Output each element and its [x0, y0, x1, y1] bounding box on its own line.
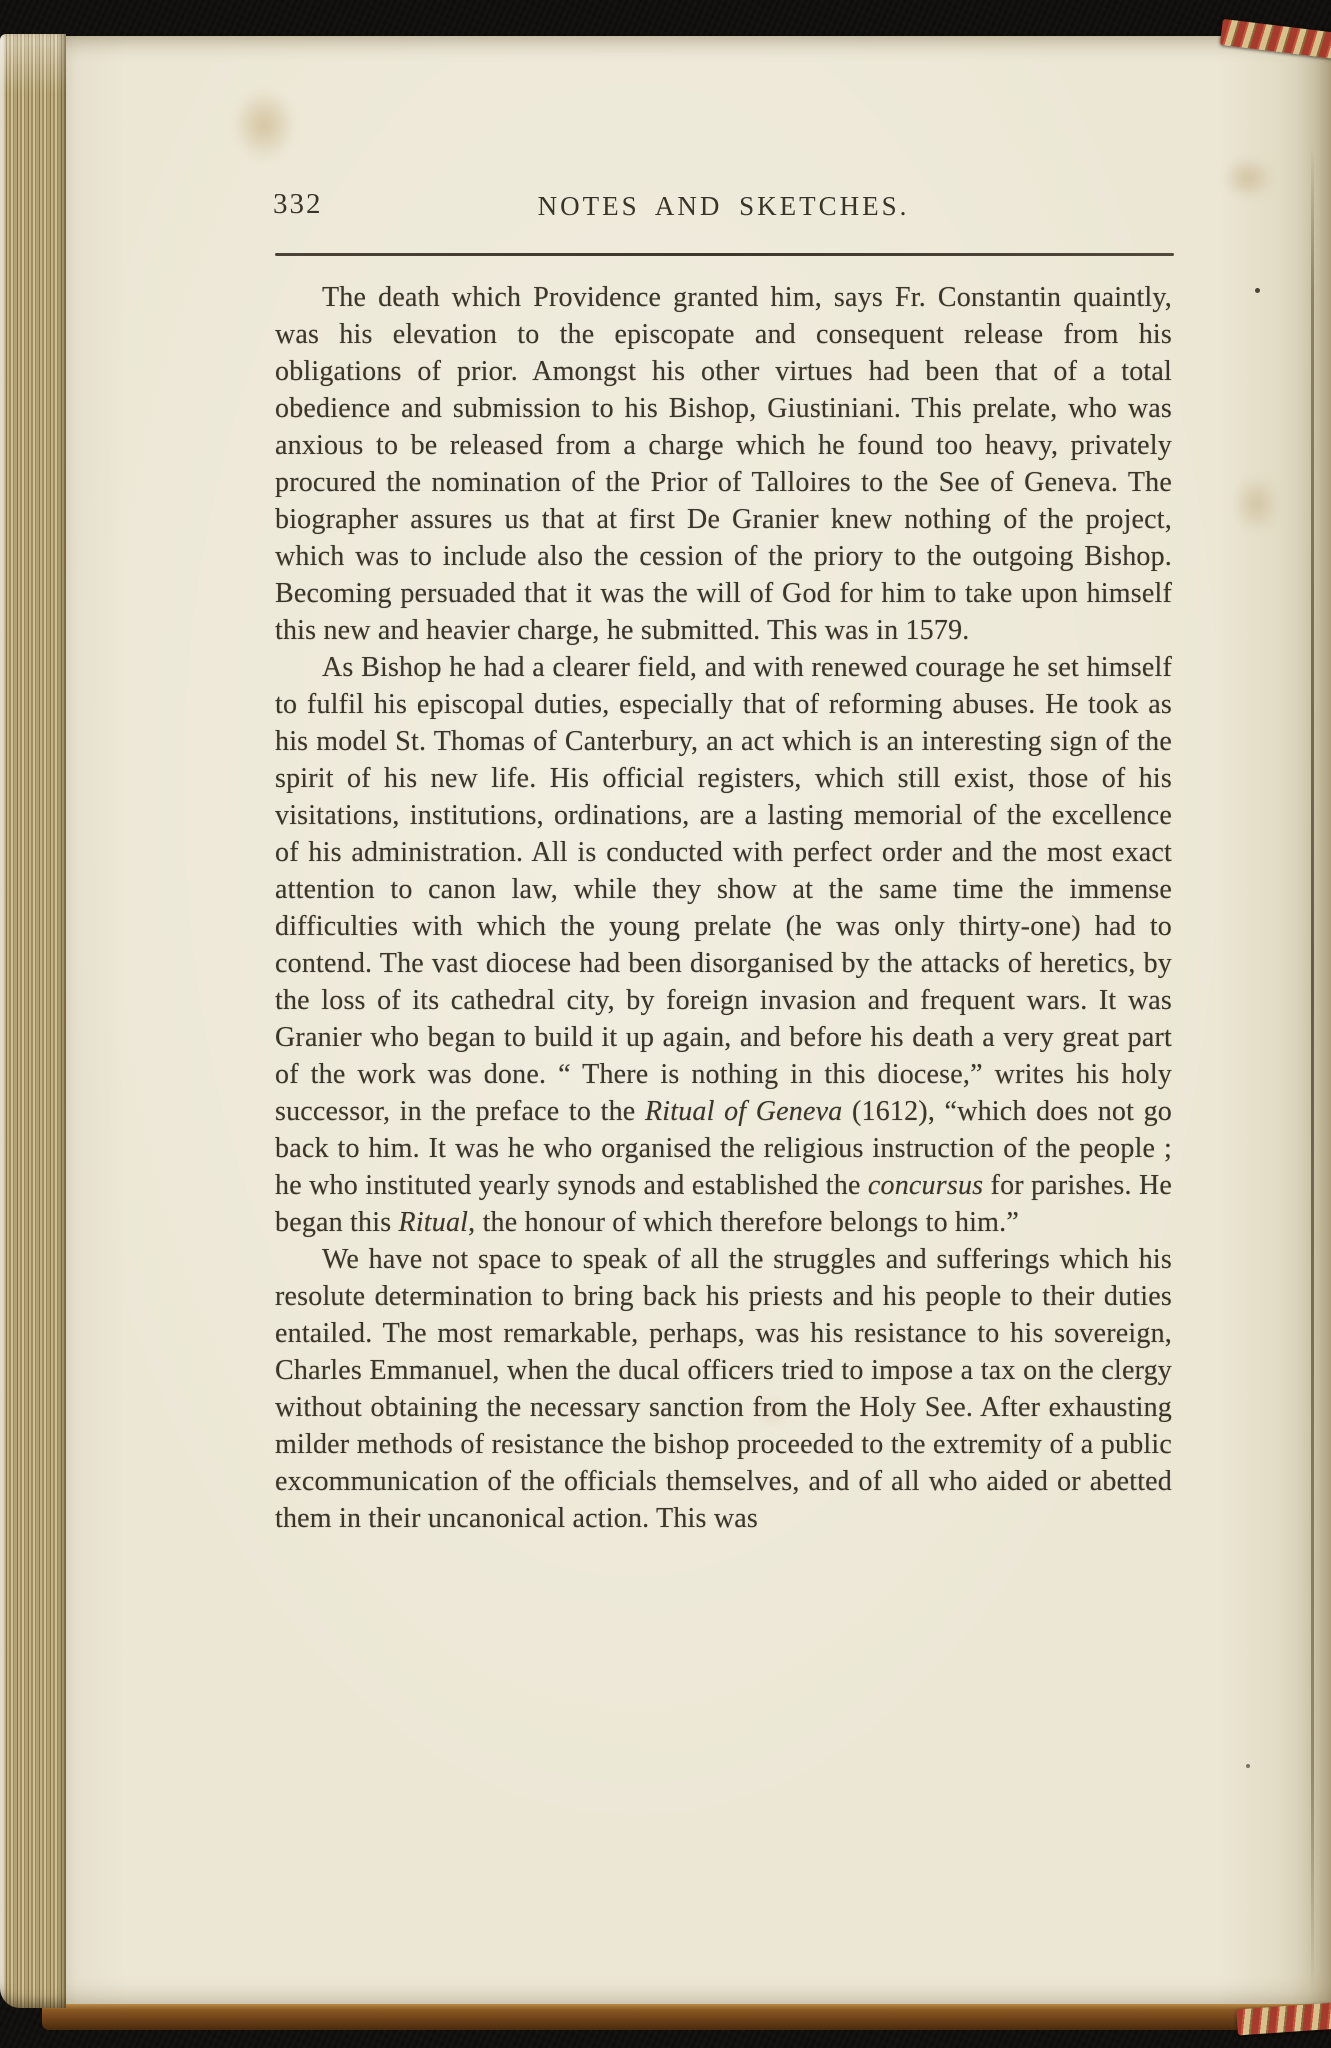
- foxing-stain: [232, 88, 296, 162]
- ink-speck: [1246, 1764, 1250, 1768]
- text-run: , the honour of which therefore belongs …: [468, 1207, 1019, 1238]
- text-run: The death which Providence granted him, …: [275, 282, 1172, 646]
- page-stack-fore-edge: [0, 34, 66, 2008]
- header-rule: [275, 253, 1174, 256]
- paragraph: As Bishop he had a clearer field, and wi…: [275, 649, 1172, 1241]
- ink-speck: [1255, 288, 1260, 293]
- foxing-stain: [1222, 156, 1274, 200]
- gutter-crease: [1311, 146, 1314, 1994]
- foxing-stain: [1232, 474, 1280, 534]
- italic-text: concursus: [868, 1170, 983, 1201]
- cover-edge-bottom: [42, 2004, 1331, 2030]
- italic-text: Ritual of Geneva: [645, 1096, 843, 1127]
- text-run: As Bishop he had a clearer field, and wi…: [275, 652, 1172, 1127]
- paragraph: The death which Providence granted him, …: [275, 279, 1172, 649]
- running-header: NOTES AND SKETCHES.: [275, 191, 1172, 222]
- book-page: 332 NOTES AND SKETCHES. The death which …: [64, 36, 1331, 2008]
- text-run: We have not space to speak of all the st…: [275, 1244, 1172, 1534]
- paragraph: We have not space to speak of all the st…: [275, 1241, 1172, 1537]
- page-body-text: The death which Providence granted him, …: [275, 279, 1172, 1537]
- italic-text: Ritual: [399, 1207, 469, 1238]
